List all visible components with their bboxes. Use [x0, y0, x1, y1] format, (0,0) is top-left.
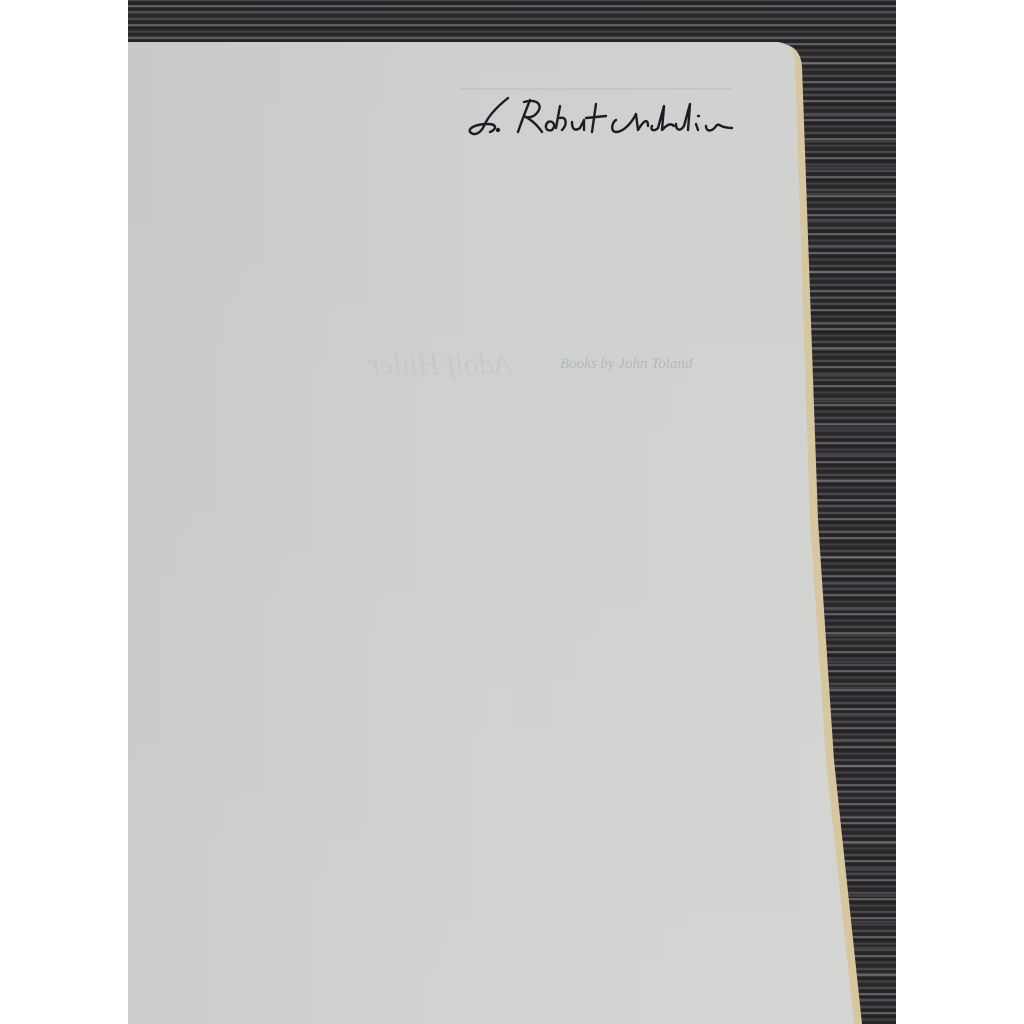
large-title-showthrough: Adolf Hitler — [368, 348, 512, 382]
list-item: BATTLE: THE STORY OF THE BULGE — [128, 542, 172, 574]
list-item: ADOLF HITLER — [128, 384, 172, 416]
signature — [468, 92, 738, 148]
list-item: THE DILLINGER DAYS — [128, 479, 172, 511]
list-item: BUT NOT IN SHAME — [128, 510, 172, 542]
book-list-showthrough: ADOLF HITLER THE RISING SUN THE LAST 100… — [172, 384, 432, 605]
books-by-heading: Books by John Toland — [560, 356, 692, 373]
list-item: SHIPS IN THE SKY — [128, 573, 172, 605]
list-item: THE RISING SUN — [128, 416, 172, 448]
photo: Books by John Toland Adolf Hitler ADOLF … — [128, 0, 896, 1024]
list-item: THE LAST 100 DAYS — [128, 447, 172, 479]
